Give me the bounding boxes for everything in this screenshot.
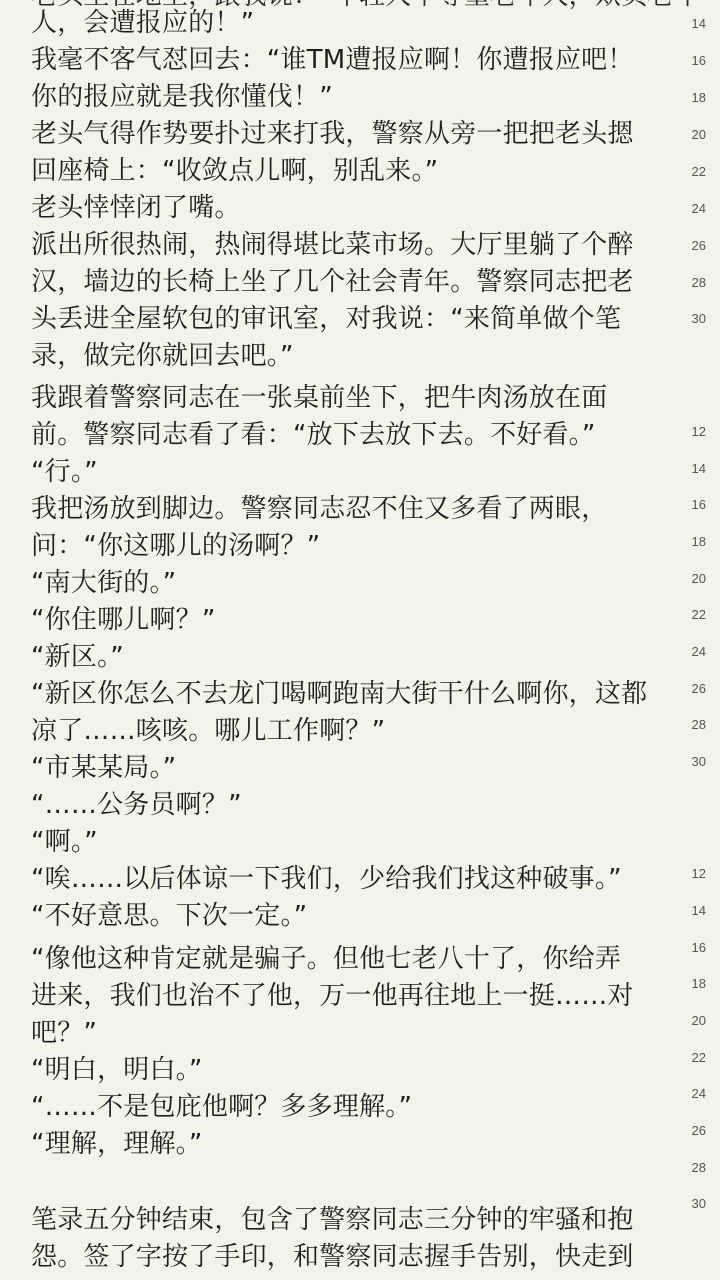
line-number: 24 [676,644,706,660]
line-number: 18 [676,90,706,106]
text-line: “唉……以后体谅一下我们，少给我们找这种破事。” [31,861,671,898]
text-line: 凉了……咳咳。哪儿工作啊？” [31,713,671,750]
text-line: 汉，墙边的长椅上坐了几个社会青年。警察同志把老 [31,264,671,301]
line-number: 30 [676,311,706,327]
text-line: “啊。” [31,824,671,861]
text-line: 人，会遭报应的！” [31,5,671,42]
text-line: “新区你怎么不去龙门喝啊跑南大街干什么啊你，这都 [31,676,671,713]
text-line: 怨。签了字按了手印，和警察同志握手告别，快走到 [31,1239,671,1276]
text-line: “像他这种肯定就是骗子。但他七老八十了，你给弄 [31,941,671,978]
line-number: 22 [676,607,706,623]
line-number: 18 [676,534,706,550]
line-number: 22 [676,164,706,180]
text-line: 派出所很热闹，热闹得堪比菜市场。大厅里躺了个醉 [31,227,671,264]
text-line: “行。” [31,454,671,491]
text-line: “市某某局。” [31,750,671,787]
text-line: “理解，理解。” [31,1126,671,1163]
text-line: 头丢进全屋软包的审讯室，对我说：“来简单做个笔 [31,301,671,338]
line-number: 12 [676,866,706,882]
line-number: 26 [676,1123,706,1139]
line-number: 14 [676,903,706,919]
text-line: “不好意思。下次一定。” [31,898,671,935]
line-number: 22 [676,1050,706,1066]
text-line: “明白，明白。” [31,1052,671,1089]
line-number: 14 [676,461,706,477]
text-line: 老头悻悻闭了嘴。 [31,190,671,227]
text-line: “……不是包庇他啊？多多理解。” [31,1089,671,1126]
line-number: 30 [676,1196,706,1212]
text-line: “你住哪儿啊？” [31,602,671,639]
text-line: 笔录五分钟结束，包含了警察同志三分钟的牢骚和抱 [31,1202,671,1239]
line-number: 20 [676,127,706,143]
line-number: 24 [676,201,706,217]
text-line: “……公务员啊？” [31,787,671,824]
text-line: 我把汤放到脚边。警察同志忍不住又多看了两眼， [31,491,671,528]
text-line: 你的报应就是我你懂伐！” [31,79,671,116]
document-page: 老头坐在地上，跟我说：“年轻人不尊重老年人，欺负老年人，会遭报应的！”我毫不客气… [0,0,720,1280]
line-number: 28 [676,1160,706,1176]
text-line: 前。警察同志看了看：“放下去放下去。不好看。” [31,417,671,454]
text-line: 吧？” [31,1015,671,1052]
text-line: 我毫不客气怼回去：“谁TM遭报应啊！你遭报应吧！ [31,42,671,79]
line-number: 12 [676,424,706,440]
line-number: 28 [676,717,706,733]
line-number: 16 [676,53,706,69]
line-number: 14 [676,16,706,32]
line-number: 26 [676,681,706,697]
text-line: 录，做完你就回去吧。” [31,338,671,375]
text-line: 问：“你这哪儿的汤啊？” [31,528,671,565]
line-number: 20 [676,571,706,587]
line-number: 28 [676,275,706,291]
text-line: 我跟着警察同志在一张桌前坐下，把牛肉汤放在面 [31,380,671,417]
line-number: 16 [676,497,706,513]
text-line: “新区。” [31,639,671,676]
line-number: 18 [676,976,706,992]
line-number: 20 [676,1013,706,1029]
text-line: 进来，我们也治不了他，万一他再往地上一挺……对 [31,978,671,1015]
line-number: 26 [676,238,706,254]
text-line: 回座椅上：“收敛点儿啊，别乱来。” [31,153,671,190]
line-number: 30 [676,754,706,770]
text-line: 老头气得作势要扑过来打我，警察从旁一把把老头摁 [31,116,671,153]
line-number: 24 [676,1086,706,1102]
text-line: “南大街的。” [31,565,671,602]
line-number: 16 [676,940,706,956]
